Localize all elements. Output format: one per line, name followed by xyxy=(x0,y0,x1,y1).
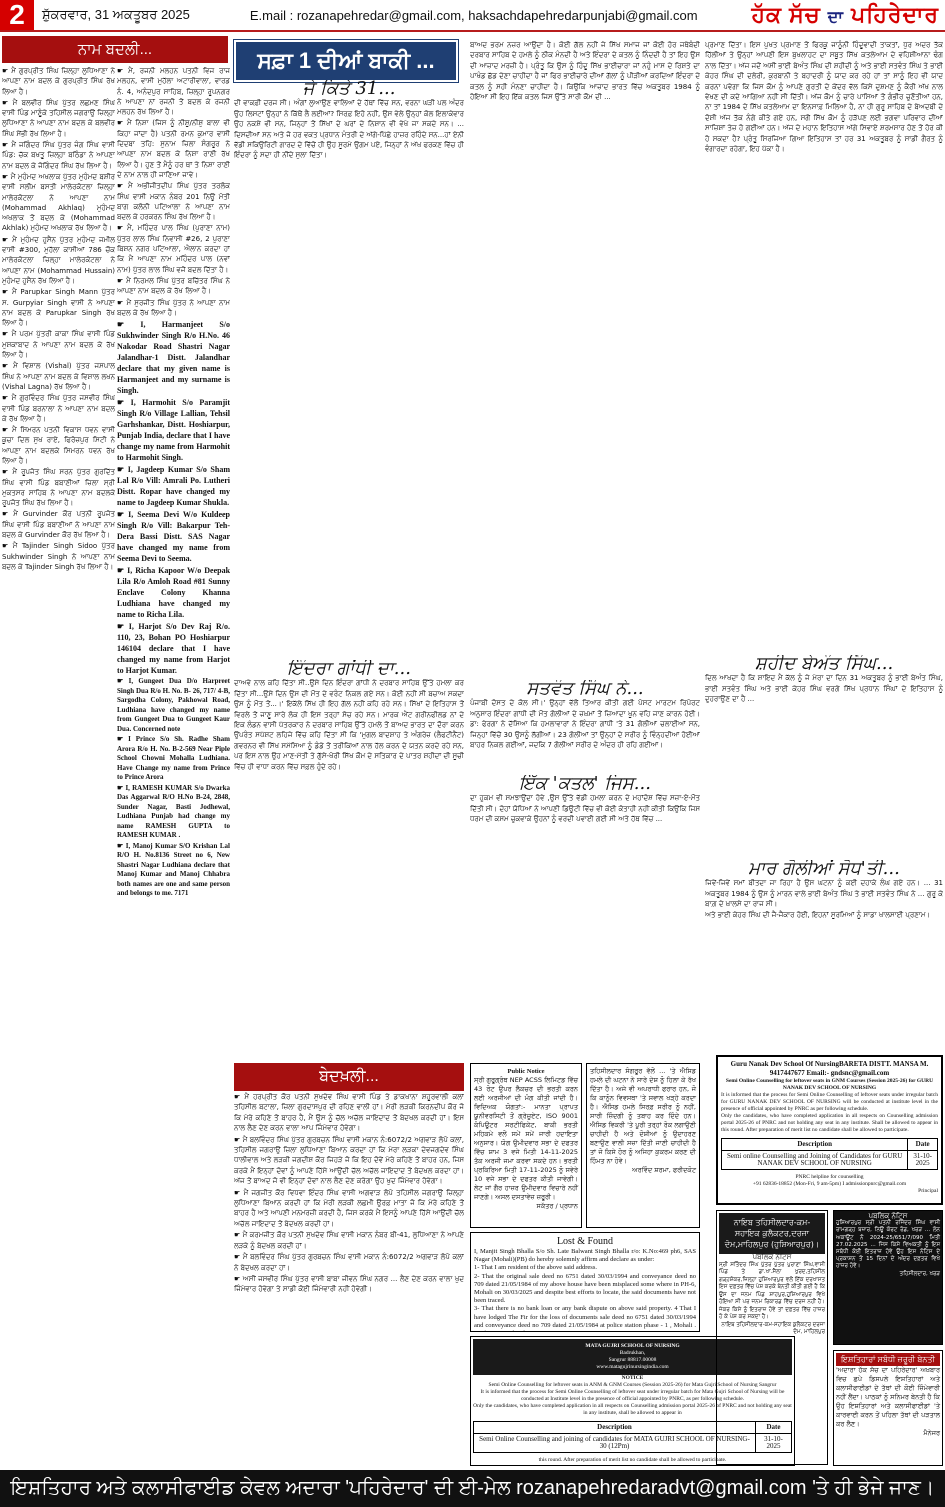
editorial-notice-signature: ਅਰਵਿੰਦ ਸ਼ਰਮਾ, ਫਰੀਦਕੋਟ xyxy=(590,1166,696,1175)
continued-banner: ਸਫ਼ਾ 1 ਦੀਆਂ ਬਾਕੀ ... xyxy=(234,40,458,82)
story-headline: ਸ਼ਹੀਦ ਬੇਅੰਤ ਸਿੰਘ... xyxy=(705,659,943,669)
story-headline: ਇੰਦਰਾ ਗਾਂਧੀ ਦਾ... xyxy=(234,664,464,674)
name-change-col-1: ਮੈਂ ਗੁਰਪ੍ਰੀਤ ਸਿੰਘ ਜ਼ਿਲ੍ਹਾ ਲੁਧਿਆਣਾ ਨੇ ਆਪਣ… xyxy=(2,66,115,1466)
notice-item: ਮੈਂ Tajinder Singh Sidoo ਪੁੱਤਰ Sukhwinde… xyxy=(2,541,115,572)
tehsildar-body: ਸ੍ਰੀ ਸਤਿੰਦਰ ਸਿੰਘ ਪੁੱਤਰ ਪੁੱਤਰ ਪੁਰਾਣਾ ਸਿੰਘ… xyxy=(719,1262,825,1322)
notice-sign: Principal xyxy=(721,1188,938,1195)
public-notice-box: Public Notice ਸ੍ਰੀ ਗੁਰੂਗ੍ਰੰਥ NEP ACSS ਲਿ… xyxy=(470,1063,582,1228)
english-notice-item: I Prince S/o Sh. Radhe Sham Arora R/o H.… xyxy=(117,735,230,783)
story-body: ਦੀ ਵਾਕਫ਼ੀ ਦਰਜ ਸੀ। ਅੰਗਾਂ ਲੁਆਉਣ ਵਾਲਿਆਂ ਦੇ … xyxy=(234,98,464,160)
notice-item: ਮੈਂ Gurvinder ਕੌਰ ਪਤਨੀ ਰੂਪਜੋਤ ਸਿੰਘ ਵਾਸੀ … xyxy=(2,509,115,540)
tehsildar-sign: ਨਾਇਬ ਤਹਿਸੀਲਦਾਰ-ਕਮ-ਸਹਾਇਕ ਕੁਲੈਕਟਰ ਦਰਜਾ ਦੋਮ… xyxy=(719,1322,825,1337)
lost-found-title: Lost & Found xyxy=(474,1236,696,1248)
notice-item: ਮੈਂ ਨਿਰਮਲ ਸਿੰਘ ਪੁੱਤਰ ਬਚਿੱਤਰ ਸਿੰਘ ਨੇ ਆਪਣਾ… xyxy=(117,276,230,297)
notice-item: ਮੈਂ ਮੁਹੰਮਦ ਹੁਸੈਨ ਪੁੱਤਰ ਮੁਹੰਮਦ ਜਮੀਲ ਵਾਸੀ … xyxy=(2,235,115,286)
newspaper-logo: ਹੱਕ ਸੱਚ ਦਾ ਪਹਿਰੇਦਾਰ xyxy=(752,2,939,28)
story-shaheed-beant-singh: ਸ਼ਹੀਦ ਬੇਅੰਤ ਸਿੰਘ... ਦਿਲ ਆਖਦਾ ਹੈ ਕਿ ਸ਼ਾਇਦ… xyxy=(705,655,943,855)
story-indira-gandhi-da: ਇੰਦਰਾ ਗਾਂਧੀ ਦਾ... ਦਾਅਵੇ ਨਾਲ ਕਹਿ ਦਿੱਤਾ ਸੀ… xyxy=(234,660,464,1055)
english-notice-item: I, Manoj Kumar S/O Krishan Lal R/O H. No… xyxy=(117,842,230,899)
story-headline: ਸਤਵੰਤ ਸਿੰਘ ਨੇ... xyxy=(470,684,700,694)
ad-advisory-box: ਇਸ਼ਤਿਹਾਰਾਂ ਸਬੰਧੀ ਜ਼ਰੂਰੀ ਬੇਨਤੀ 'ਅਦਾਰਾ ਹੱਕ… xyxy=(833,1350,943,1466)
notice-item: ਮੈਂ ਅਭੀਜੀਤਦੀਪ ਸਿੰਘ ਪੁੱਤਰ ਤਰਲੋਕ ਸਿੰਘ ਵਾਸੀ… xyxy=(117,181,230,222)
public-notice-2-body: ਹੁਸ਼ਿਆਰਪੁਰ ਸ੍ਰੀ ਪਤਨੀ ਰਜਿੰਦਰ ਸਿੰਘ ਵਾਸੀ ਰਾ… xyxy=(836,1220,940,1270)
english-notice-item: I, Harmohit S/o Paramjit Singh R/o Villa… xyxy=(117,397,230,463)
lost-found-line: 2- That the original sale deed no 6751 d… xyxy=(474,1273,696,1306)
notice-para: It is informed that the process for Semi… xyxy=(721,1092,938,1113)
lost-found-line: I, Manjit Singh Bhalla S/o Sh. Late Balw… xyxy=(474,1248,696,1264)
editorial-notice-body: ਤਹਿਸੀਲਦਾਰ ਸੰਗਰੂਰ ਵੱਲੋਂ ... 'ਤੇ ਐਸਿਡ ਹਮਲੇ… xyxy=(590,1067,696,1166)
page-number: 2 xyxy=(0,0,34,30)
eviction-section: ਮੈਂ ਹਰਪ੍ਰੀਤ ਕੌਰ ਪਤਨੀ ਸੁਖਦੇਵ ਸਿੰਘ ਵਾਸੀ ਪਿ… xyxy=(234,1092,464,1467)
eviction-item: ਮੈਂ ਕਰਮਜੀਤ ਕੌਰ ਪਤਨੀ ਸੁਖਦੇਵ ਸਿੰਘ ਵਾਸੀ ਮਕਾ… xyxy=(234,1230,464,1251)
notice-item: ਮੈਂ ਬਲਵੀਰ ਸਿੰਘ ਪੁੱਤਰ ਲਛਮਣ ਸਿੰਘ ਵਾਸੀ ਪਿੰਡ… xyxy=(2,98,115,139)
notice-para: Only the candidates, who have completed … xyxy=(721,1113,938,1134)
lost-found-line: 1- That I am resident of the above said … xyxy=(474,1264,696,1272)
story-closing: ਅਤੇ ਭਾਈ ਕੇਹਰ ਸਿੰਘ ਦੀ ਜੈ-ਜੈਕਾਰ ਹੋਈ, ਇਹਨਾਂ… xyxy=(705,910,943,920)
notice-item: ਮੈਂ ਗੁਰਵਿੰਦਰ ਸਿੰਘ ਪੁੱਤਰ ਜਸਵੀਰ ਸਿੰਘ ਵਾਸੀ … xyxy=(2,393,115,424)
name-change-col-2: ਮੈਂ, ਰਜਨੀ ਮਲਹਨ ਪਤਨੀ ਵਿਜ ਰਾਜ ਮਲਹਨ, ਵਾਸੀ ਮ… xyxy=(117,66,230,1466)
eviction-item: ਮੈਂ ਜਗਜੀਤ ਕੌਰ ਵਿਧਵਾ ਇੰਦਰ ਸਿੰਘ ਵਾਸੀ ਅਗਵਾੜ… xyxy=(234,1188,464,1230)
issue-date: ਸ਼ੁੱਕਰਵਾਰ, 31 ਅਕਤੂਬਰ 2025 xyxy=(42,7,190,23)
name-change-title: ਨਾਮ ਬਦਲੀ... xyxy=(2,36,228,63)
tehsildar-sub: ਪਬਲਿਕ ਨੋਟਿਸ xyxy=(719,1254,825,1262)
footer-banner: ਇਸ਼ਤਿਹਾਰ ਅਤੇ ਕਲਾਸੀਫਾਈਡ ਕੇਵਲ ਅਦਾਰਾ 'ਪਹਿਰੇ… xyxy=(0,1470,945,1507)
ad-advisory-title: ਇਸ਼ਤਿਹਾਰਾਂ ਸਬੰਧੀ ਜ਼ਰੂਰੀ ਬੇਨਤੀ xyxy=(836,1353,940,1366)
row-date: 31-10-2025 xyxy=(908,1151,938,1170)
eviction-item: ਮੈਂ ਹਰਪ੍ਰੀਤ ਕੌਰ ਪਤਨੀ ਸੁਖਦੇਵ ਸਿੰਘ ਵਾਸੀ ਪਿ… xyxy=(234,1092,464,1134)
story-body: ਜਿਵੇਂ-ਜਿਵੇਂ ਸਮਾਂ ਬੀਤਦਾ ਜਾ ਰਿਹਾ ਹੈ ਉਸ ਘਟਨ… xyxy=(705,878,943,909)
editorial-notice-box: ਤਹਿਸੀਲਦਾਰ ਸੰਗਰੂਰ ਵੱਲੋਂ ... 'ਤੇ ਐਸਿਡ ਹਮਲੇ… xyxy=(586,1063,700,1228)
public-notice-2: ਪਬਲਿਕ ਨੋਟਿਸ ਹੁਸ਼ਿਆਰਪੁਰ ਸ੍ਰੀ ਪਤਨੀ ਰਜਿੰਦਰ … xyxy=(833,1210,943,1345)
logo-left: ਹੱਕ ਸੱਚ xyxy=(752,2,821,27)
notice-item: ਮੈਂ ਸੁਰਜੀਤ ਸਿੰਘ ਪੁੱਤਰ ਨੇ ਆਪਣਾ ਨਾਮ ਬਦਲ ਕੇ… xyxy=(117,298,230,319)
lost-found-line: 3- That there is no bank loan or any ban… xyxy=(474,1305,696,1332)
logo-mid: ਦਾ xyxy=(828,9,844,26)
story-right-column: ਪ੍ਰਮਾਣ ਦਿੱਤਾ। ਇਸ ਪੁਖਤ ਪ੍ਰਮਾਣ ਤੋਂ ਫਿਰਕੂ ਜ… xyxy=(705,40,943,660)
contact-email[interactable]: E.mail : rozanapehredar@gmail.com, haksa… xyxy=(250,8,698,23)
eviction-item: ਮੈਂ ਬਲਵਿੰਦਰ ਸਿੰਘ ਪੁੱਤਰ ਗੁਰਬਚਨ ਸਿੰਘ ਵਾਸੀ … xyxy=(234,1252,464,1273)
row-description: Semi Online Counselling and joining of c… xyxy=(474,1434,756,1453)
guru-nanak-ad: Guru Nanak Dev School Of NursingBARETA D… xyxy=(716,1055,943,1205)
public-notice-2-sign: ਤਹਿਸੀਲਦਾਰ, ਖਰੜ xyxy=(836,1271,940,1278)
lost-found-box: Lost & Found I, Manjit Singh Bhalla S/o … xyxy=(470,1232,700,1332)
story-je-kite-31: ਜੇ ਕਿਤੇ 31... ਦੀ ਵਾਕਫ਼ੀ ਦਰਜ ਸੀ। ਅੰਗਾਂ ਲੁ… xyxy=(234,80,464,640)
english-notice-item: I, RAMESH KUMAR S/o Dwarka Das Aggarwal … xyxy=(117,784,230,841)
public-notice-title: Public Notice xyxy=(474,1067,578,1076)
notice-item: ਮੈਂ, ਰਜਨੀ ਮਲਹਨ ਪਤਨੀ ਵਿਜ ਰਾਜ ਮਲਹਨ, ਵਾਸੀ ਮ… xyxy=(117,66,230,117)
story-headline: ਮਾਰ ਗੋਲੀਆਂ ਸੋਧ'ਤੀ... xyxy=(705,864,943,874)
notice-item: ਮੈਂ ਵਿਸ਼ਾਲ (Vishal) ਪੁੱਤਰ ਜਸਪਾਲ ਸਿੰਘ ਨੇ … xyxy=(2,361,115,392)
story-body: ਦਾ ਹੁਕਮ ਵੀ ਸਮਝਾਉਂਦਾ ਹੋਵੇ ,ਉਸ ਉੱਤੇ ਵੱਡੀ ਹ… xyxy=(470,793,700,824)
notice-subject: Semi Online Counselling for leftover sea… xyxy=(721,1078,938,1092)
helpline-label: PNRC helpline for counselling xyxy=(721,1174,938,1181)
tehsildar-notice: ਨਾਇਬ ਤਹਿਸੀਲਦਾਰ-ਕਮ-ਸਹਾਇਕ ਕੁਲੈਕਟਰ,ਦਰਜਾ ਦੋਮ… xyxy=(716,1210,828,1465)
story-body: ਪੰਜਾਬੀ ਦੋਸਤ ਦੇ ਕੋਲ ਸੀ।' ਉਨ੍ਹਾਂ ਵੱਲੋਂ ਤਿਆ… xyxy=(470,698,700,750)
eviction-item: ਮੈਂ ਬਲਵਿੰਦਰ ਸਿੰਘ ਪੁੱਤਰ ਗੁਰਬਚਨ ਸਿੰਘ ਵਾਸੀ … xyxy=(234,1135,464,1187)
notice-item: ਮੈਂ ਸਿਮਰਨ ਪਤਨੀ ਵਿਕਾਸ ਧਵਨ ਵਾਸੀ ਕੂਚਾ ਦਿਲ ਸ… xyxy=(2,425,115,466)
story-headline: ਜੇ ਕਿਤੇ 31... xyxy=(234,84,464,94)
english-notice-item: I, Gungeet Dua D/o Harpreet Singh Dua R/… xyxy=(117,677,230,734)
ad-advisory-sign: ਮੈਨੇਜਰ xyxy=(836,1429,940,1438)
notice-item: ਮੈਂ ਨਿਸ਼ਾ (ਜਿਸ ਨੂੰ ਨੀਸ਼ੂ/ਨੀਸ਼ੁ ਬਾਲਾ ਵੀ ਕ… xyxy=(117,118,230,180)
schedule-table: DescriptionDate Semi online Counselling … xyxy=(721,1138,938,1170)
public-notice-body: ਸ੍ਰੀ ਗੁਰੂਗ੍ਰੰਥ NEP ACSS ਲਿਮਿਟਡ ਵਿੱਚ 43 ਰ… xyxy=(474,1076,578,1202)
story-satwant-singh: ਸਤਵੰਤ ਸਿੰਘ ਨੇ... ਪੰਜਾਬੀ ਦੋਸਤ ਦੇ ਕੋਲ ਸੀ।'… xyxy=(470,680,700,780)
notice-item: ਮੈਂ ਜਗਿੰਦਰ ਸਿੰਘ ਪੁੱਤਰ ਜੰਗ ਸਿੰਘ ਵਾਸੀ ਪਿੰਡ… xyxy=(2,140,115,171)
story-middle-column: ਬਾਅਦ ਭਰਮ ਨਜ਼ਰ ਆਉਂਦਾ ਹੈ। ਕੋਈ ਗੱਲ ਨਹੀਂ ਜੇ … xyxy=(470,40,700,660)
english-notice-item: I, Jagdeep Kumar S/o Sham Lal R/o Vill: … xyxy=(117,464,230,508)
col-description: Description xyxy=(722,1139,908,1151)
notice-item: ਮੈਂ ਪਰਮ ਪੁੱਤਰੀ ਕਾਕਾ ਸਿੰਘ ਵਾਸੀ ਪਿੰਡ ਮੁਸ਼ਕ… xyxy=(2,329,115,360)
public-notice-signature: ਸਕੱਤਰ / ਪ੍ਰਧਾਨ xyxy=(474,1202,578,1211)
story-maar-goliyan: ਮਾਰ ਗੋਲੀਆਂ ਸੋਧ'ਤੀ... ਜਿਵੇਂ-ਜਿਵੇਂ ਸਮਾਂ ਬੀ… xyxy=(705,860,943,1045)
notice-item: ਮੈਂ ਮੁਹੰਮਦ ਅਖਲਾਕ ਪੁੱਤਰ ਮੁਹੰਮਦ ਬਸ਼ੀਰ ਵਾਸੀ… xyxy=(2,172,115,234)
story-body: ਦਿਲ ਆਖਦਾ ਹੈ ਕਿ ਸ਼ਾਇਦ ਮੈਂ ਕੱਲ ਨੂੰ ਜੇ ਮੇਰਾ… xyxy=(705,673,943,704)
notice-item: ਮੈਂ, ਮਹਿੰਦਰ ਪਾਲ ਸਿੰਘ (ਪੁਰਾਣਾ ਨਾਮ) ਪੁੱਤਰ … xyxy=(117,223,230,274)
english-notice-item: I, Seema Devi W/o Kuldeep Singh R/o Vill… xyxy=(117,509,230,564)
eviction-title: ਬੇਦਖ਼ਲੀ... xyxy=(234,1063,464,1091)
story-headline: ਇੱਕ 'ਕਤਲ' ਜਿਸ... xyxy=(470,779,700,789)
logo-right: ਪਹਿਰੇਦਾਰ xyxy=(851,2,939,27)
row-description: Semi online Counselling and Joining of C… xyxy=(722,1151,908,1170)
notice-item: ਮੈਂ ਗੁਰਪ੍ਰੀਤ ਸਿੰਘ ਜ਼ਿਲ੍ਹਾ ਲੁਧਿਆਣਾ ਨੇ ਆਪਣ… xyxy=(2,66,115,97)
story-body: ਪ੍ਰਮਾਣ ਦਿੱਤਾ। ਇਸ ਪੁਖਤ ਪ੍ਰਮਾਣ ਤੋਂ ਫਿਰਕੂ ਜ… xyxy=(705,40,943,154)
ad-advisory-body: 'ਅਦਾਰਾ ਹੱਕ ਸੱਚ ਦਾ ਪਹਿਰੇਦਾਰ' ਅਖ਼ਬਾਰ ਵਿਚ ਛ… xyxy=(836,1366,940,1429)
story-ik-katal-jis: ਇੱਕ 'ਕਤਲ' ਜਿਸ... ਦਾ ਹੁਕਮ ਵੀ ਸਮਝਾਉਂਦਾ ਹੋਵ… xyxy=(470,775,700,1065)
helpline-phone: +91 62836-18852 (Mon-Fri, 9 am-5pm) I ad… xyxy=(721,1181,938,1188)
notice-item: ਮੈਂ Parupkar Singh Mann ਪੁੱਤਰ ਸ. Gurpyia… xyxy=(2,287,115,328)
school-name: Guru Nanak Dev School Of NursingBARETA D… xyxy=(721,1060,938,1069)
eviction-item: ਅਸੀਂ ਜਸਵੀਰ ਸਿੰਘ ਪੁੱਤਰ ਵਾਸੀ ਬਾਬਾ ਜੀਵਨ ਸਿੰ… xyxy=(234,1274,464,1295)
school-contact: 9417447677 Email:- gndsnc@gmail.com xyxy=(721,1069,938,1078)
story-body: ਦਾਅਵੇ ਨਾਲ ਕਹਿ ਦਿੱਤਾ ਸੀ..ਉਸੇ ਦਿਨ ਇੰਦਰਾ ਗਾ… xyxy=(234,678,464,772)
english-notice-item: I, Harmanjeet S/o Sukhwinder Singh R/o H… xyxy=(117,319,230,396)
story-body: ਬਾਅਦ ਭਰਮ ਨਜ਼ਰ ਆਉਂਦਾ ਹੈ। ਕੋਈ ਗੱਲ ਨਹੀਂ ਜੇ … xyxy=(470,40,700,102)
col-date: Date xyxy=(908,1139,938,1151)
masthead: 2 ਸ਼ੁੱਕਰਵਾਰ, 31 ਅਕਤੂਬਰ 2025 E.mail : roz… xyxy=(0,0,945,32)
col-description: Description xyxy=(474,1422,756,1434)
english-notice-item: I, Harjot S/o Dev Raj R/o. 110, 23, Boha… xyxy=(117,621,230,676)
tehsildar-header: ਨਾਇਬ ਤਹਿਸੀਲਦਾਰ-ਕਮ-ਸਹਾਇਕ ਕੁਲੈਕਟਰ,ਦਰਜਾ ਦੋਮ… xyxy=(719,1213,825,1254)
notice-item: ਮੈਂ ਰੂਪਜੋਤ ਸਿੰਘ ਸਰਨ ਪੁੱਤਰ ਗੁਰਦਿੱਤ ਸਿੰਘ ਵ… xyxy=(2,467,115,508)
english-notice-item: I, Richa Kapoor W/o Deepak Lila R/o Amlo… xyxy=(117,565,230,620)
